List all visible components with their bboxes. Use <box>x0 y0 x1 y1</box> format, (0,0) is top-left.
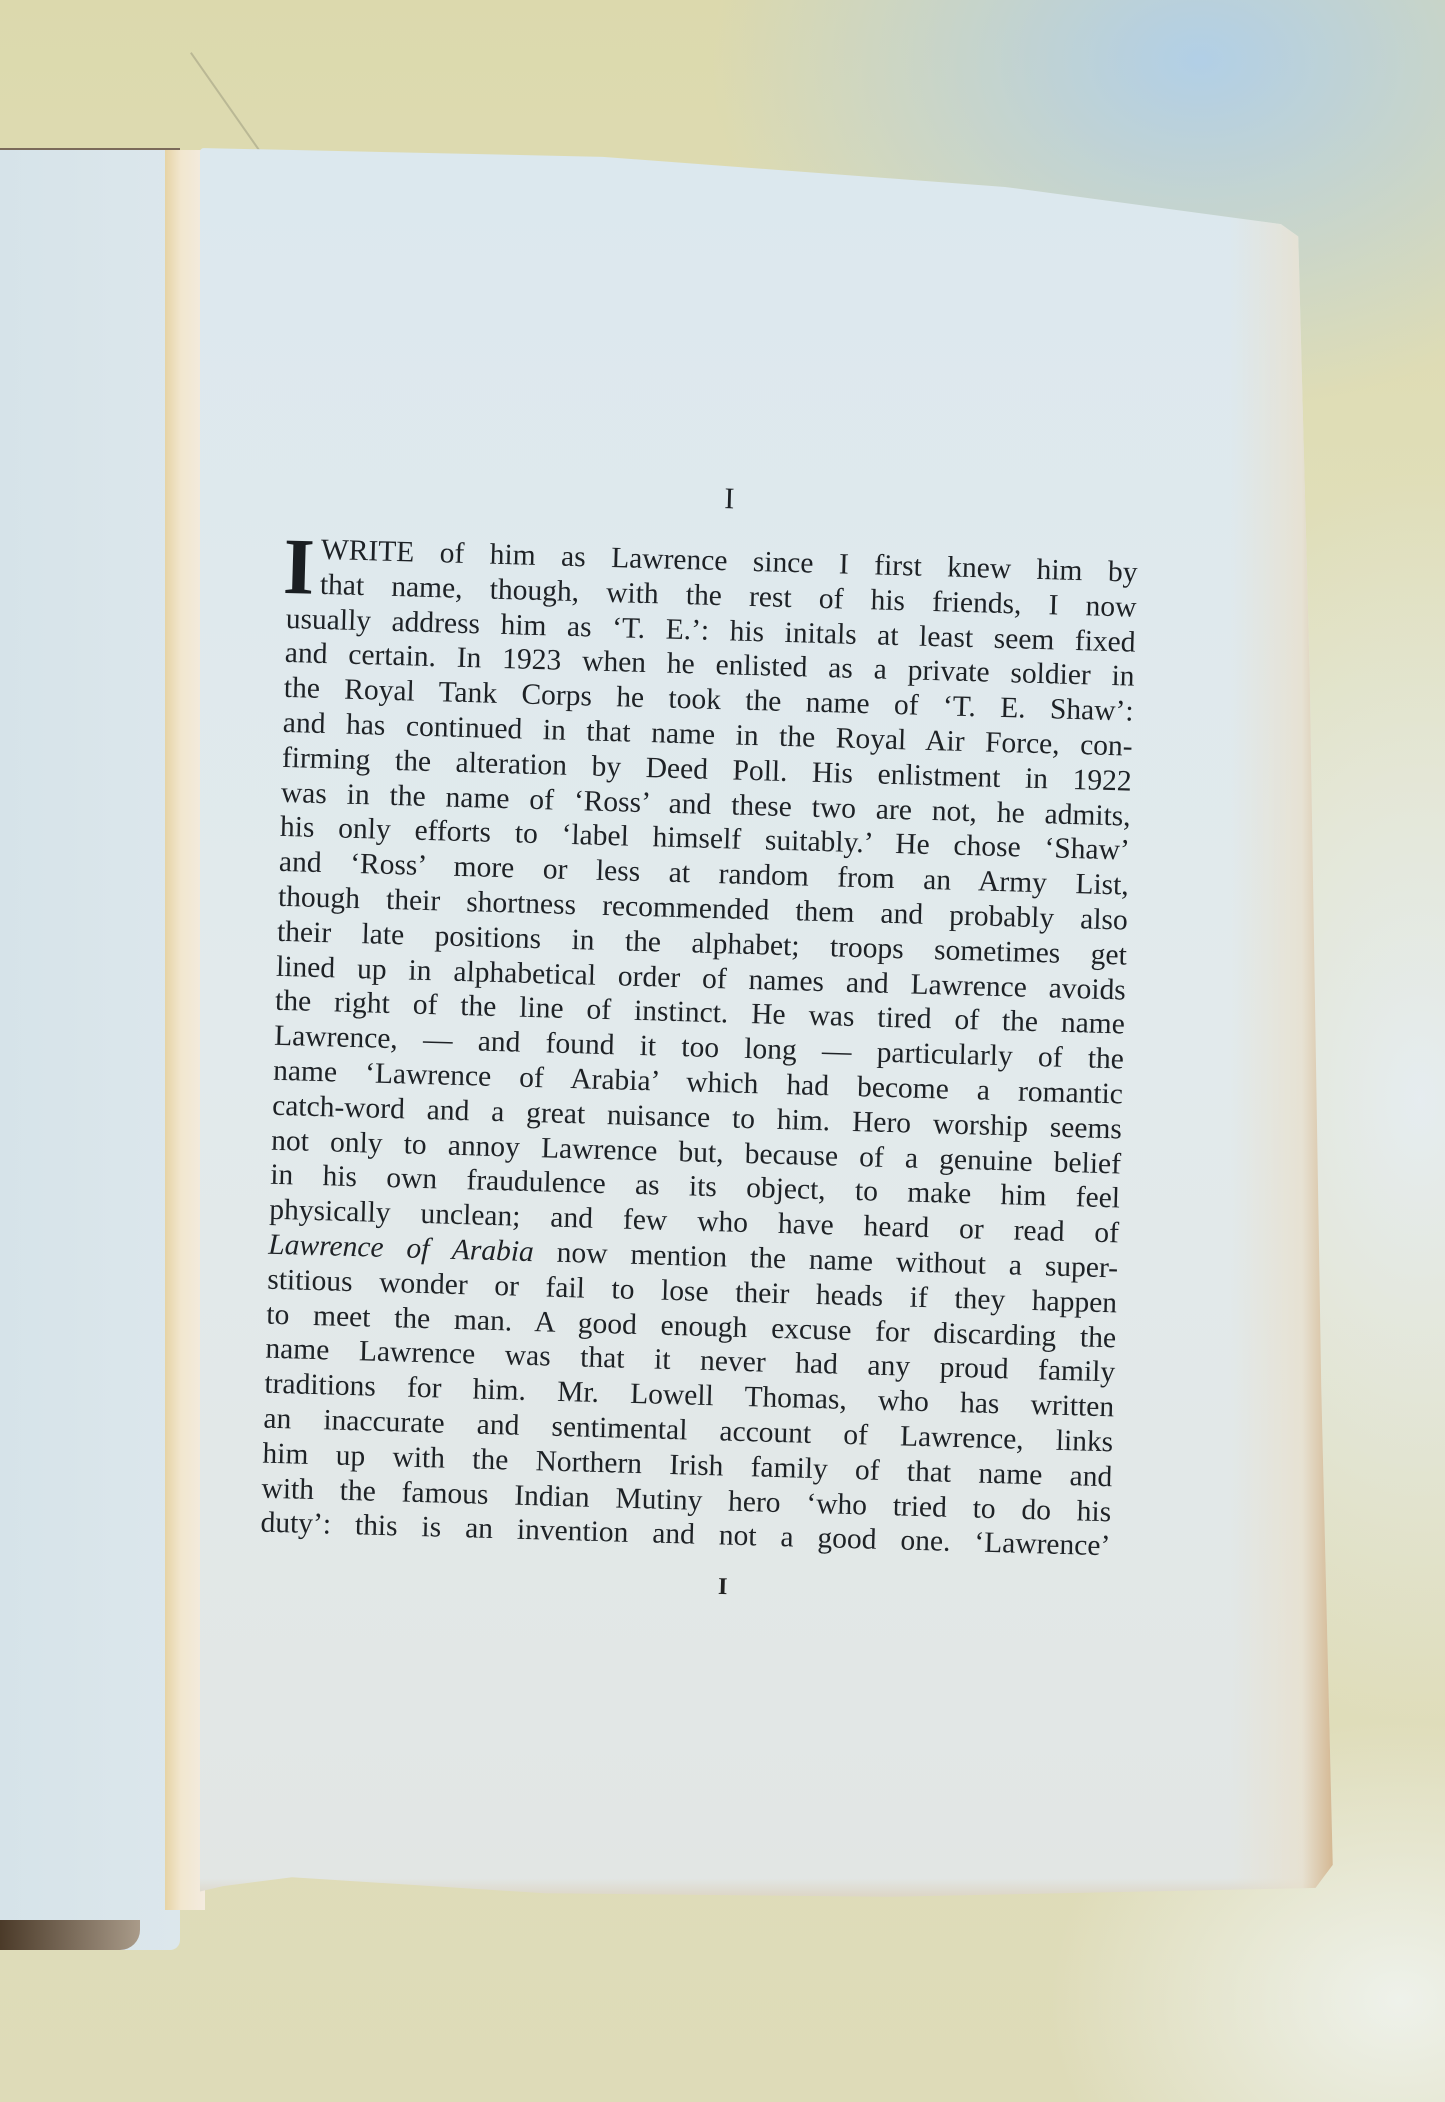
body-paragraph: I WRITE of him as Lawrence since I first… <box>260 532 1138 1564</box>
drop-cap: I <box>282 536 315 601</box>
page-number: I <box>718 1574 728 1601</box>
left-page-worn-edge <box>0 1920 140 1950</box>
italic-title: Lawrence of Arabia <box>268 1229 534 1268</box>
left-page <box>0 148 180 1950</box>
page-text-block: I I WRITE of him as Lawrence since I fir… <box>260 470 1140 1564</box>
book-gutter <box>165 150 205 1910</box>
